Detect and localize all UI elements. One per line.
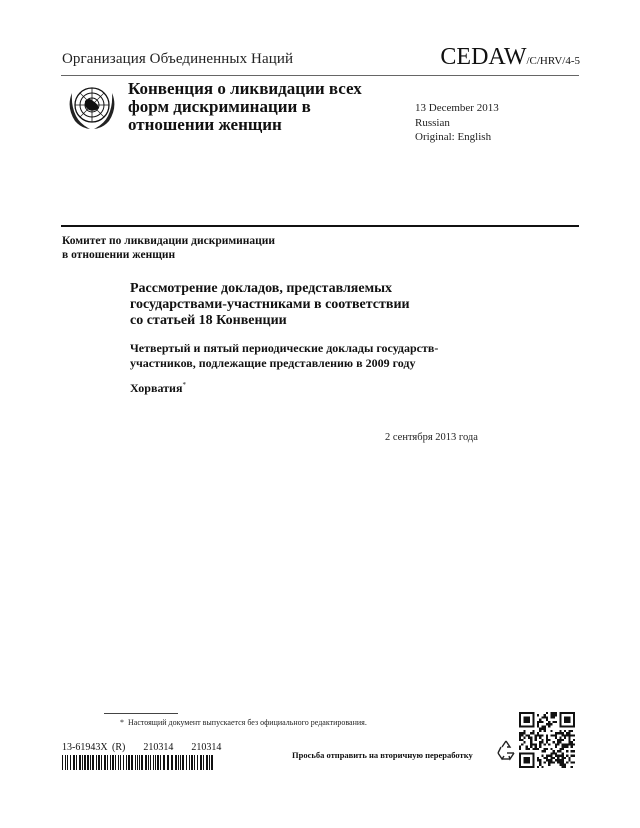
committee-name-line: в отношении женщин — [62, 248, 275, 262]
report-subtitle-line: участников, подлежащие представлению в 2… — [130, 356, 510, 371]
section-rule — [61, 225, 579, 227]
un-emblem-icon — [63, 81, 121, 133]
recycle-icon — [494, 738, 518, 762]
document-date: 2 сентября 2013 года — [385, 432, 478, 443]
footnote-marker: * — [120, 718, 124, 727]
report-subtitle-line: Четвертый и пятый периодические доклады … — [130, 341, 510, 356]
document-symbol: CEDAW/C/HRV/4-5 — [440, 44, 580, 71]
organization-name: Организация Объединенных Наций — [62, 51, 293, 68]
country-label: Хорватия — [130, 381, 182, 395]
job-number: 13-61943X (R) 210314 210314 — [62, 742, 221, 753]
report-subtitle: Четвертый и пятый периодические доклады … — [130, 341, 510, 371]
footnote: * Настоящий документ выпускается без офи… — [120, 718, 367, 727]
section-title-line: Рассмотрение докладов, представляемых — [130, 281, 510, 297]
section-title: Рассмотрение докладов, представляемых го… — [130, 281, 510, 329]
convention-title-line: Конвенция о ликвидации всех — [128, 80, 388, 98]
country-name: Хорватия* — [130, 381, 186, 396]
original-language: Original: English — [415, 130, 499, 145]
committee-name-line: Комитет по ликвидации дискриминации — [62, 234, 275, 248]
footnote-reference: * — [182, 381, 186, 389]
document-meta: 13 December 2013 Russian Original: Engli… — [415, 101, 499, 145]
convention-title: Конвенция о ликвидации всех форм дискрим… — [128, 80, 388, 134]
document-symbol-suffix: /C/HRV/4-5 — [526, 55, 580, 67]
convention-title-line: отношении женщин — [128, 116, 388, 134]
convention-title-line: форм дискриминации в — [128, 98, 388, 116]
document-symbol-main: CEDAW — [440, 44, 526, 70]
issue-date: 13 December 2013 — [415, 101, 499, 116]
section-title-line: государствами-участниками в соответствии — [130, 297, 510, 313]
committee-name: Комитет по ликвидации дискриминации в от… — [62, 234, 275, 262]
qr-code — [519, 712, 575, 768]
document-language: Russian — [415, 116, 499, 131]
footnote-separator — [104, 713, 178, 714]
section-title-line: со статьей 18 Конвенции — [130, 313, 510, 329]
recycle-notice: Просьба отправить на вторичную переработ… — [292, 750, 473, 760]
header-rule — [61, 75, 579, 76]
footnote-text: Настоящий документ выпускается без офици… — [128, 718, 367, 727]
barcode — [62, 755, 214, 770]
